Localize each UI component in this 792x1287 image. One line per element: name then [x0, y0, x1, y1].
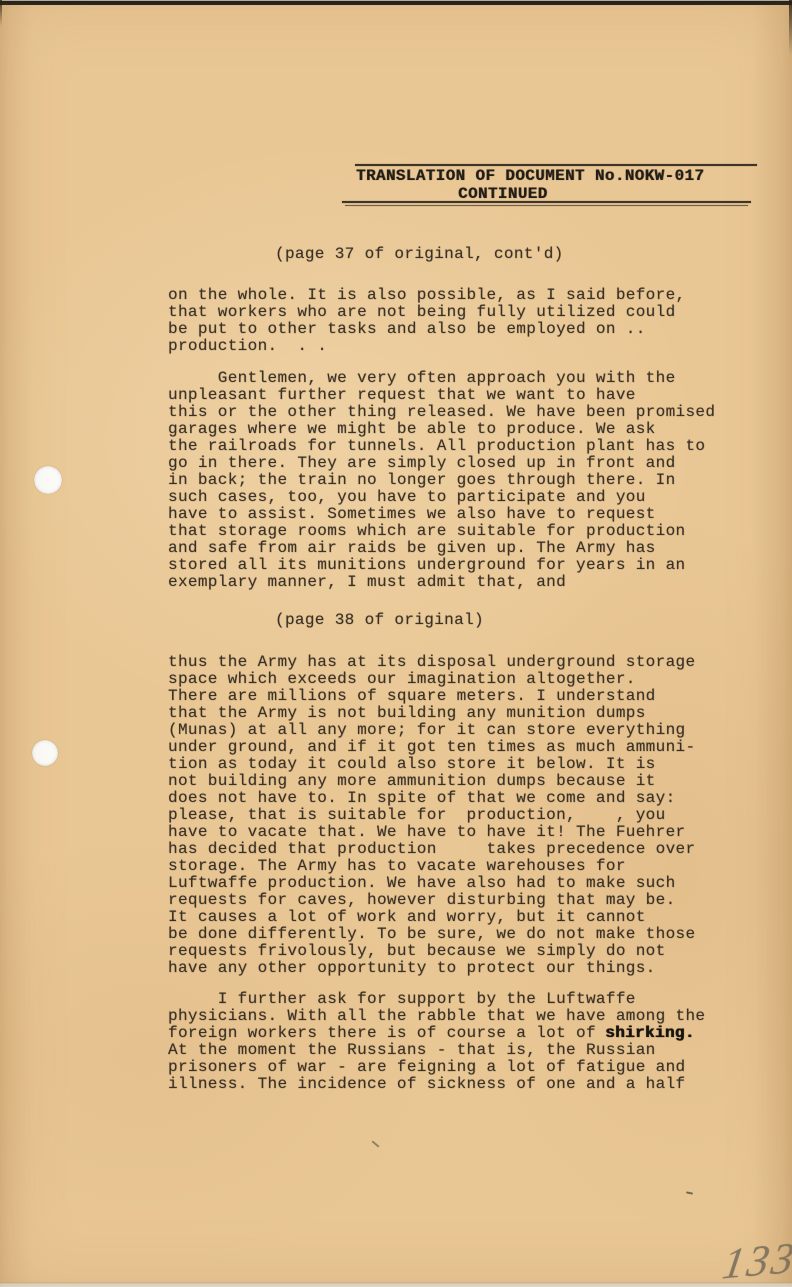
header-rule-bottom [342, 201, 751, 203]
page37-paragraph-2: Gentlemen, we very often approach you wi… [168, 370, 715, 591]
hole-punch-top [34, 466, 62, 494]
pencil-speck [371, 1140, 379, 1147]
document-title: TRANSLATION OF DOCUMENT No.NOKW-017 [356, 168, 704, 185]
page38-paragraph-1: thus the Army has at its disposal underg… [168, 654, 695, 977]
document-page: TRANSLATION OF DOCUMENT No.NOKW-017 CONT… [0, 0, 792, 1287]
page37-paragraph-1: on the whole. It is also possible, as I … [168, 287, 685, 355]
scan-edge-bottom [0, 1282, 792, 1287]
page37-heading: (page 37 of original, cont'd) [275, 246, 564, 263]
header-rule-bottom-echo [345, 205, 748, 206]
scan-edge-left [0, 0, 2, 26]
scan-edge-top [0, 0, 792, 5]
ink-speck [686, 1191, 693, 1194]
hole-punch-bottom [32, 740, 58, 766]
header-rule-top [355, 164, 757, 166]
page38-paragraph-2: I further ask for support by the Luftwaf… [168, 991, 705, 1093]
page38-heading: (page 38 of original) [275, 612, 484, 629]
handwritten-page-number: 133 [719, 1233, 792, 1287]
emphasized-word: shirking. [605, 1025, 695, 1042]
